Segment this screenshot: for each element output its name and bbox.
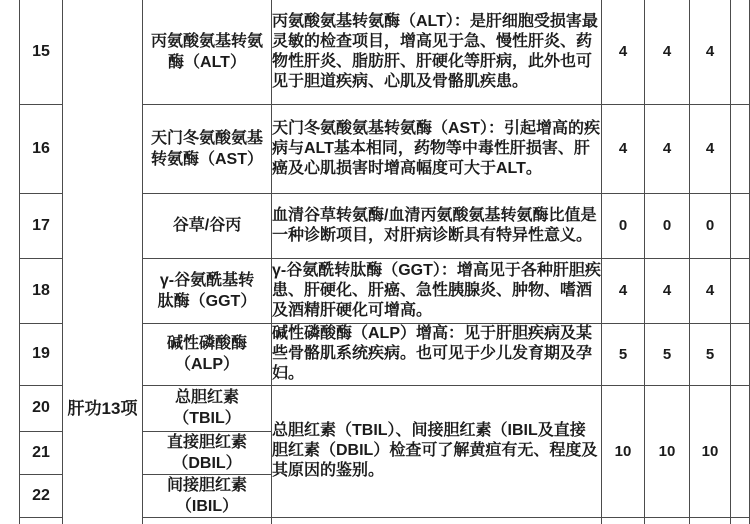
test-name-text: 直接胆红素 （DBIL） [167,434,247,472]
test-name: 碱性磷酸酶 （ALP） [143,323,272,385]
liver-function-table: 15 肝功13项 丙氨酸氨基转氨 酶（ALT） 丙氨酸氨基转氨酶（ALT）：是肝… [19,0,750,524]
value-cell-merged: 10 [690,385,731,517]
value-cell-merged: 10 [645,385,690,517]
test-name: 直接胆红素 （DBIL） [143,431,272,474]
value-cell: 4 [602,258,645,323]
value-cell: 4 [645,258,690,323]
category-label: 肝功13项 [63,394,142,419]
test-name-text: 谷草/谷丙 [173,217,241,234]
exam-report-page: 15 肝功13项 丙氨酸氨基转氨 酶（ALT） 丙氨酸氨基转氨酶（ALT）：是肝… [0,0,750,524]
cropped-column-cell [731,0,750,104]
test-name [143,517,272,524]
value-cell: 0 [690,193,731,258]
value-cell: 5 [645,323,690,385]
test-name: 总胆红素 （TBIL） [143,385,272,431]
row-number: 22 [20,474,63,517]
value-cell [690,517,731,524]
test-name: 天门冬氨酸氨基 转氨酶（AST） [143,104,272,193]
test-description: 丙氨酸氨基转氨酶（ALT）：是肝细胞受损害最灵敏的检查项目，增高见于急、慢性肝炎… [272,0,602,104]
row-number: 18 [20,258,63,323]
test-name: γ-谷氨酰基转 肽酶（GGT） [143,258,272,323]
category-cell: 肝功13项 [63,0,143,524]
test-name-text: 碱性磷酸酶 （ALP） [167,335,247,373]
test-name-text: 丙氨酸氨基转氨 酶（ALT） [151,33,263,71]
test-description: 天门冬氨酸氨基转氨酶（AST）：引起增高的疾病与ALT基本相同，药物等中毒性肝损… [272,104,602,193]
table-row: 15 肝功13项 丙氨酸氨基转氨 酶（ALT） 丙氨酸氨基转氨酶（ALT）：是肝… [20,0,750,104]
row-number: 17 [20,193,63,258]
value-cell: 4 [690,258,731,323]
value-cell-merged: 10 [602,385,645,517]
row-number: 19 [20,323,63,385]
test-name: 谷草/谷丙 [143,193,272,258]
test-description-merged: 总胆红素（TBIL）、间接胆红素（IBIL及直接胆红素（DBIL）检查可了解黄疸… [272,385,602,517]
test-name-text: γ-谷氨酰基转 肽酶（GGT） [158,272,257,310]
value-cell: 4 [645,104,690,193]
cropped-column-cell [731,193,750,258]
value-cell: 4 [690,104,731,193]
value-cell: 4 [602,0,645,104]
row-number [20,517,63,524]
value-cell: 4 [645,0,690,104]
test-name: 丙氨酸氨基转氨 酶（ALT） [143,0,272,104]
test-name-text: 天门冬氨酸氨基 转氨酶（AST） [151,130,263,168]
value-cell [602,517,645,524]
test-description: 碱性磷酸酶（ALP）增高：见于肝胆疾病及某些骨骼肌系统疾病。也可见于少儿发育期及… [272,323,602,385]
value-cell: 5 [602,323,645,385]
test-description [272,517,602,524]
value-cell: 0 [645,193,690,258]
cropped-column-cell [731,385,750,517]
test-name-text: 总胆红素 （TBIL） [173,389,241,427]
test-name: 间接胆红素 （IBIL） [143,474,272,517]
row-number: 20 [20,385,63,431]
test-name-text: 间接胆红素 （IBIL） [167,477,247,515]
value-cell: 4 [602,104,645,193]
test-description: γ-谷氨酰转肽酶（GGT）：增高见于各种肝胆疾患、肝硬化、肝癌、急性胰腺炎、肿物… [272,258,602,323]
value-cell: 0 [602,193,645,258]
cropped-column-cell [731,517,750,524]
value-cell: 5 [690,323,731,385]
cropped-column-cell [731,258,750,323]
cropped-column-cell [731,104,750,193]
row-number: 21 [20,431,63,474]
cropped-column-cell [731,323,750,385]
row-number: 15 [20,0,63,104]
value-cell: 4 [690,0,731,104]
test-description: 血清谷草转氨酶/血清丙氨酸氨基转氨酶比值是一种诊断项目，对肝病诊断具有特异性意义… [272,193,602,258]
value-cell [645,517,690,524]
row-number: 16 [20,104,63,193]
